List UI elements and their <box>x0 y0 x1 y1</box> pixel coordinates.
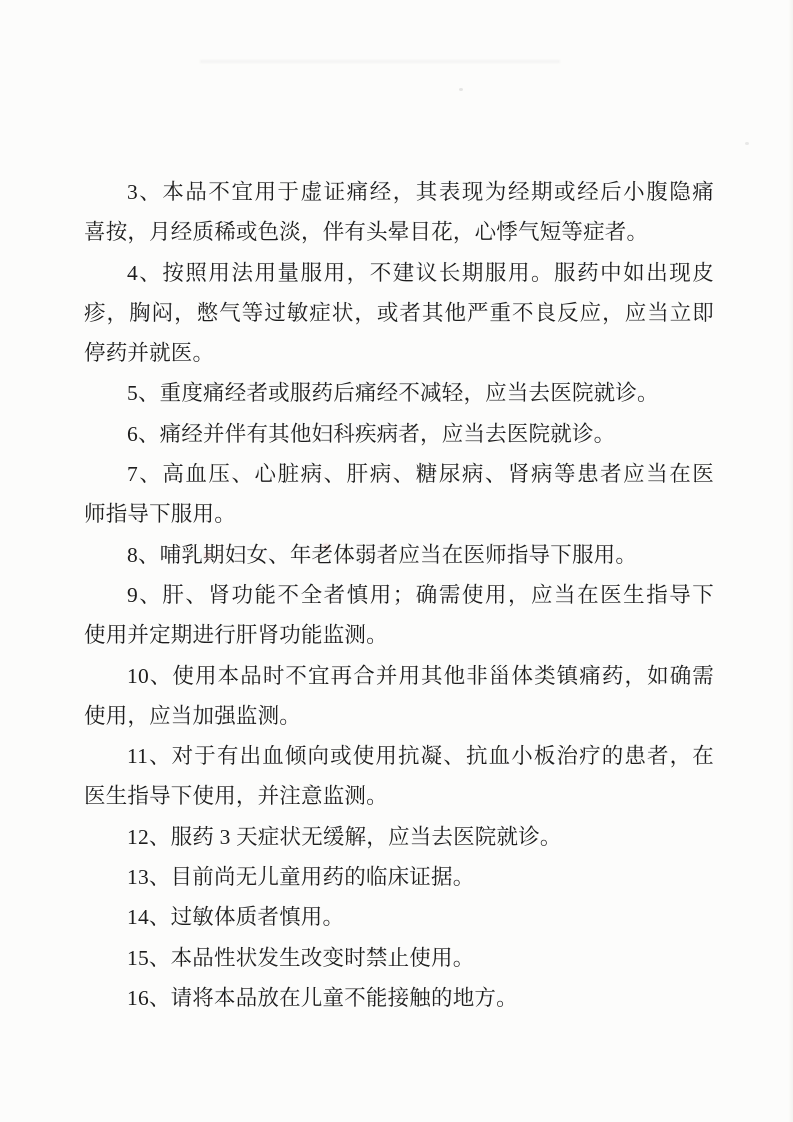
list-item-6: 6、痛经并伴有其他妇科疾病者，应当去医院就诊。 <box>84 414 714 454</box>
text-line: 5、重度痛经者或服药后痛经不减轻，应当去医院就诊。 <box>84 373 714 413</box>
list-item-10: 10、使用本品时不宜再合并用其他非甾体类镇痛药，如确需使用，应当加强监测。 <box>84 656 714 737</box>
scan-smudge <box>200 60 560 63</box>
text-line: 14、过敏体质者慎用。 <box>84 897 714 937</box>
scan-edge-shadow <box>788 0 793 1122</box>
document-body: 3、本品不宜用于虚证痛经，其表现为经期或经后小腹隐痛喜按，月经质稀或色淡，伴有头… <box>84 172 714 1018</box>
list-item-13: 13、目前尚无儿童用药的临床证据。 <box>84 857 714 897</box>
text-line: 3、本品不宜用于虚证痛经，其表现为经期或经后小腹隐痛 <box>84 172 714 212</box>
list-item-3: 3、本品不宜用于虚证痛经，其表现为经期或经后小腹隐痛喜按，月经质稀或色淡，伴有头… <box>84 172 714 253</box>
text-line: 喜按，月经质稀或色淡，伴有头晕目花，心悸气短等症者。 <box>84 212 714 252</box>
list-item-8: 8、哺乳期妇女、年老体弱者应当在医师指导下服用。 <box>84 535 714 575</box>
text-line: 停药并就医。 <box>84 333 714 373</box>
text-line: 8、哺乳期妇女、年老体弱者应当在医师指导下服用。 <box>84 535 714 575</box>
text-line: 使用，应当加强监测。 <box>84 696 714 736</box>
text-line: 6、痛经并伴有其他妇科疾病者，应当去医院就诊。 <box>84 414 714 454</box>
scan-speckle <box>745 142 749 145</box>
text-line: 9、肝、肾功能不全者慎用；确需使用，应当在医生指导下 <box>84 575 714 615</box>
list-item-11: 11、对于有出血倾向或使用抗凝、抗血小板治疗的患者，在医生指导下使用，并注意监测… <box>84 736 714 817</box>
text-line: 医生指导下使用，并注意监测。 <box>84 776 714 816</box>
text-line: 13、目前尚无儿童用药的临床证据。 <box>84 857 714 897</box>
text-line: 疹，胸闷，憋气等过敏症状，或者其他严重不良反应，应当立即 <box>84 293 714 333</box>
list-item-16: 16、请将本品放在儿童不能接触的地方。 <box>84 978 714 1018</box>
list-item-9: 9、肝、肾功能不全者慎用；确需使用，应当在医生指导下使用并定期进行肝肾功能监测。 <box>84 575 714 656</box>
list-item-15: 15、本品性状发生改变时禁止使用。 <box>84 938 714 978</box>
list-item-14: 14、过敏体质者慎用。 <box>84 897 714 937</box>
list-item-12: 12、服药 3 天症状无缓解，应当去医院就诊。 <box>84 817 714 857</box>
text-line: 15、本品性状发生改变时禁止使用。 <box>84 938 714 978</box>
scan-speckle <box>459 88 463 91</box>
text-line: 12、服药 3 天症状无缓解，应当去医院就诊。 <box>84 817 714 857</box>
text-line: 师指导下服用。 <box>84 494 714 534</box>
document-page: 3、本品不宜用于虚证痛经，其表现为经期或经后小腹隐痛喜按，月经质稀或色淡，伴有头… <box>0 0 793 1122</box>
text-line: 使用并定期进行肝肾功能监测。 <box>84 615 714 655</box>
text-line: 11、对于有出血倾向或使用抗凝、抗血小板治疗的患者，在 <box>84 736 714 776</box>
list-item-4: 4、按照用法用量服用，不建议长期服用。服药中如出现皮疹，胸闷，憋气等过敏症状，或… <box>84 253 714 374</box>
list-item-5: 5、重度痛经者或服药后痛经不减轻，应当去医院就诊。 <box>84 373 714 413</box>
text-line: 10、使用本品时不宜再合并用其他非甾体类镇痛药，如确需 <box>84 656 714 696</box>
text-line: 4、按照用法用量服用，不建议长期服用。服药中如出现皮 <box>84 253 714 293</box>
text-line: 16、请将本品放在儿童不能接触的地方。 <box>84 978 714 1018</box>
text-line: 7、高血压、心脏病、肝病、糖尿病、肾病等患者应当在医 <box>84 454 714 494</box>
list-item-7: 7、高血压、心脏病、肝病、糖尿病、肾病等患者应当在医师指导下服用。 <box>84 454 714 535</box>
